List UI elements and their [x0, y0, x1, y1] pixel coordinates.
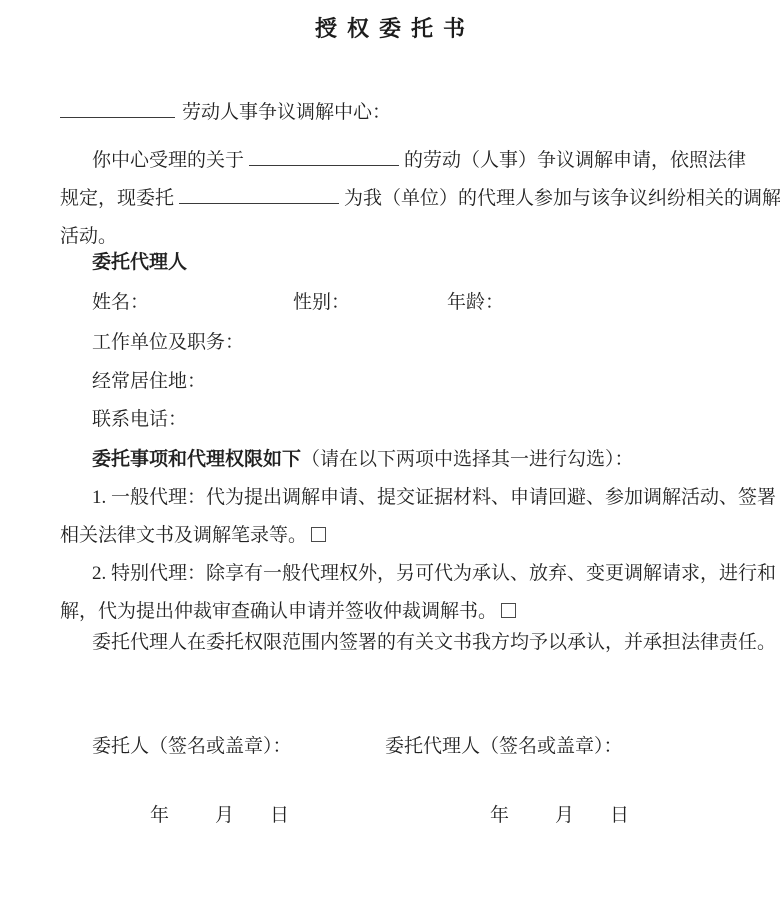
- option2-paragraph: 2. 特别代理：除享有一般代理权外，另可代为承认、放弃、变更调解请求，进行和 解…: [60, 555, 746, 631]
- intro-text-1b: 的劳动（人事）争议调解申请，依照法律: [404, 150, 746, 171]
- signature-row: 委托人（签名或盖章）：委托代理人（签名或盖章）：: [60, 728, 746, 766]
- age-field-label: 年龄：: [447, 292, 504, 313]
- authorization-letter-page: 授权委托书 劳动人事争议调解中心： 你中心受理的关于的劳动（人事）争议调解申请，…: [0, 0, 780, 918]
- authorization-heading-note: （请在以下两项中选择其一进行勾选）：: [301, 449, 634, 470]
- agent-date-month-label: 月: [555, 805, 574, 826]
- gender-field-label: 性别：: [293, 284, 447, 322]
- closing-statement: 委托代理人在委托权限范围内签署的有关文书我方均予以承认，并承担法律责任。: [60, 624, 746, 662]
- dispute-matter-blank[interactable]: [249, 149, 399, 166]
- option1-paragraph: 1. 一般代理：代为提出调解申请、提交证据材料、申请回避、参加调解活动、签署 相…: [60, 479, 746, 555]
- option1-line-2-text: 相关法律文书及调解笔录等。: [60, 525, 307, 546]
- agent-date-year-label: 年: [490, 805, 509, 826]
- principal-date-line: 年月日: [150, 797, 289, 835]
- agent-signature-label: 委托代理人（签名或盖章）：: [385, 736, 623, 757]
- option2-line-1: 2. 特别代理：除享有一般代理权外，另可代为承认、放弃、变更调解请求，进行和: [60, 555, 746, 593]
- name-field-label: 姓名：: [92, 284, 293, 322]
- date-row: 年月日 年月日: [60, 797, 746, 835]
- phone-field-label: 联系电话：: [60, 401, 746, 439]
- intro-text-2a: 规定，现委托: [60, 188, 174, 209]
- mediation-center-name-blank[interactable]: [60, 101, 175, 118]
- work-unit-field-label: 工作单位及职务：: [60, 324, 746, 362]
- agent-section-heading: 委托代理人: [60, 244, 746, 282]
- intro-line-1: 你中心受理的关于的劳动（人事）争议调解申请，依照法律: [60, 142, 746, 180]
- option2-line-2-text: 解，代为提出仲裁审查确认申请并签收仲裁调解书。: [60, 601, 497, 622]
- residence-field-label: 经常居住地：: [60, 363, 746, 401]
- intro-line-2: 规定，现委托为我（单位）的代理人参加与该争议纠纷相关的调解: [60, 180, 746, 218]
- principal-date-year-label: 年: [150, 805, 169, 826]
- principal-signature-label: 委托人（签名或盖章）：: [92, 728, 385, 766]
- option1-line-2: 相关法律文书及调解笔录等。: [60, 517, 746, 555]
- intro-text-2b: 为我（单位）的代理人参加与该争议纠纷相关的调解: [344, 188, 780, 209]
- salutation-text: 劳动人事争议调解中心：: [182, 102, 391, 123]
- agent-date-line: 年月日: [490, 797, 629, 835]
- intro-paragraph: 你中心受理的关于的劳动（人事）争议调解申请，依照法律 规定，现委托为我（单位）的…: [60, 142, 746, 256]
- agent-date-day-label: 日: [610, 805, 629, 826]
- document-title: 授权委托书: [0, 14, 780, 44]
- salutation-line: 劳动人事争议调解中心：: [60, 94, 746, 132]
- intro-text-1a: 你中心受理的关于: [92, 150, 244, 171]
- option1-checkbox[interactable]: [311, 527, 326, 542]
- agent-name-blank[interactable]: [179, 187, 339, 204]
- authorization-heading-line: 委托事项和代理权限如下（请在以下两项中选择其一进行勾选）：: [60, 441, 746, 479]
- authorization-heading-bold: 委托事项和代理权限如下: [92, 449, 301, 470]
- principal-date-day-label: 日: [270, 805, 289, 826]
- option1-line-1: 1. 一般代理：代为提出调解申请、提交证据材料、申请回避、参加调解活动、签署: [60, 479, 746, 517]
- agent-name-gender-age-row: 姓名：性别：年龄：: [60, 284, 746, 322]
- option2-checkbox[interactable]: [501, 603, 516, 618]
- principal-date-month-label: 月: [215, 805, 234, 826]
